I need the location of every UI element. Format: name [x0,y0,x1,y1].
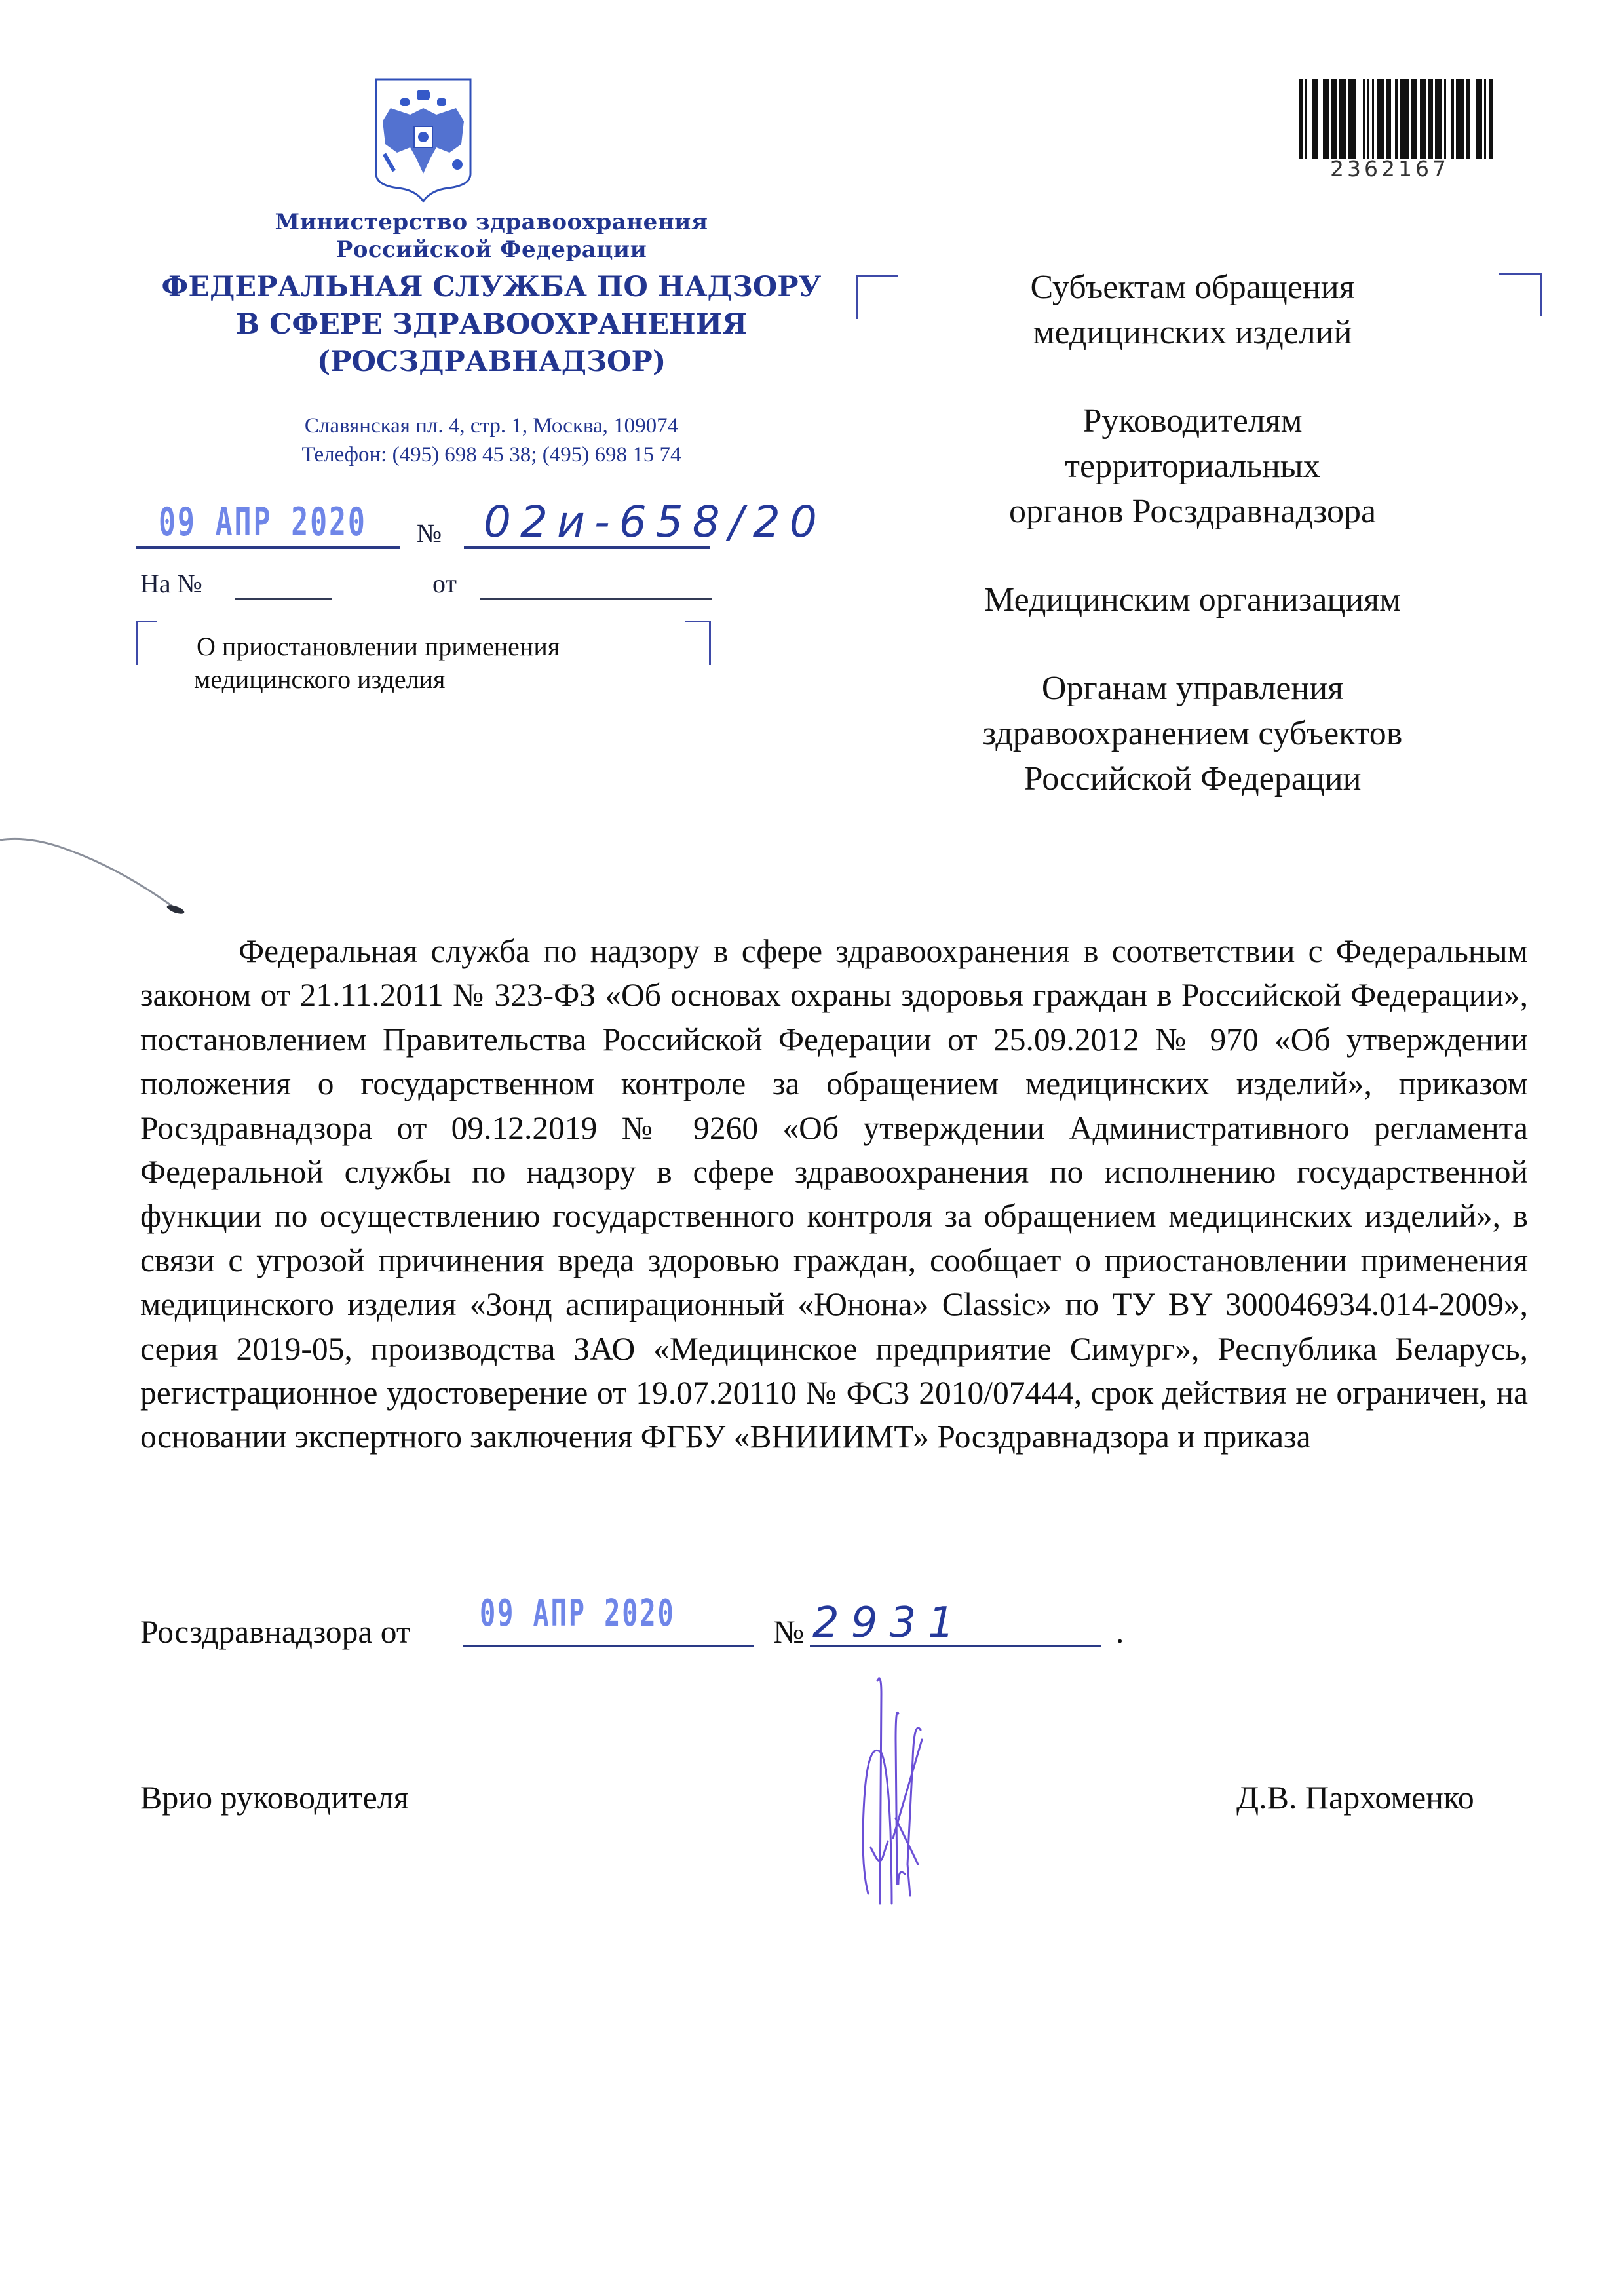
recipient-corner-right [1499,273,1542,316]
service-name: ФЕДЕРАЛЬНАЯ СЛУЖБА ПО НАДЗОРУ В СФЕРЕ ЗД… [131,269,852,381]
recipient: Субъектам обращения медицинских изделий [904,265,1481,355]
recipient-line: Медицинским организациям [904,577,1481,622]
recipient-line: Органам управления [904,666,1481,711]
subject-line: О приостановлении применения медицинског… [197,630,560,696]
body-paragraph: Федеральная служба по надзору в сфере зд… [140,929,1528,1459]
reply-from-label: от [432,568,457,599]
order-number-underline [810,1645,1101,1647]
recipient-line: Руководителям [904,398,1481,444]
subject-corner-right [685,621,711,665]
outgoing-number: 02и-658/20 [484,497,826,547]
number-sign: № [417,518,442,548]
recipient: Руководителям территориальных органов Ро… [904,398,1481,534]
order-line-prefix: Росздравнадзора от [140,1613,411,1651]
recipient-line: территориальных [904,444,1481,489]
ministry-name: Министерство здравоохранения Российской … [131,208,852,263]
recipient: Органам управления здравоохранением субъ… [904,666,1481,801]
date-underline [136,546,400,549]
recipients-block: Субъектам обращения медицинских изделий … [904,265,1481,845]
phone-text: Телефон: (495) 698 45 38; (495) 698 15 7… [131,440,852,469]
service-line: В СФЕРЕ ЗДРАВООХРАНЕНИЯ [131,306,852,343]
subject-corner-left [136,621,157,665]
barcode-number: 2362167 [1330,156,1449,182]
recipient-line: медицинских изделий [904,310,1481,355]
reply-date-field[interactable] [480,598,712,600]
date-stamp: 09 АПР 2020 [159,499,367,545]
letterhead-contacts: Славянская пл. 4, стр. 1, Москва, 109074… [131,411,852,469]
ministry-line: Министерство здравоохранения [131,208,852,236]
coat-of-arms-icon [371,75,476,203]
recipient-corner-left [856,275,898,319]
order-line-suffix: . [1116,1613,1124,1651]
order-date-underline [463,1645,754,1647]
recipient-line: здравоохранением субъектов [904,711,1481,756]
recipient-line: Российской Федерации [904,756,1481,801]
recipient-line: органов Росздравнадзора [904,489,1481,534]
scan-mark-icon [0,832,197,924]
subject-text: медицинского изделия [194,663,560,696]
service-line: (РОСЗДРАВНАДЗОР) [131,343,852,381]
barcode-icon [1299,73,1495,161]
reply-number-field[interactable] [235,598,332,600]
body-text: Федеральная служба по надзору в сфере зд… [140,933,1528,1455]
signatory-name: Д.В. Пархоменко [1236,1778,1474,1816]
subject-text: О приостановлении применения [197,630,560,663]
order-number: 2931 [812,1599,966,1647]
recipient-line: Субъектам обращения [904,265,1481,310]
number-underline [464,546,710,549]
reply-to-label: На № [140,568,202,599]
address-text: Славянская пл. 4, стр. 1, Москва, 109074 [131,411,852,440]
service-line: ФЕДЕРАЛЬНАЯ СЛУЖБА ПО НАДЗОРУ [131,269,852,306]
signatory-title: Врио руководителя [140,1778,409,1816]
order-number-sign: № [773,1613,804,1651]
recipient: Медицинским организациям [904,577,1481,622]
ministry-line: Российской Федерации [131,236,852,263]
signature-icon [842,1668,947,1910]
order-date-stamp: 09 АПР 2020 [480,1592,676,1635]
